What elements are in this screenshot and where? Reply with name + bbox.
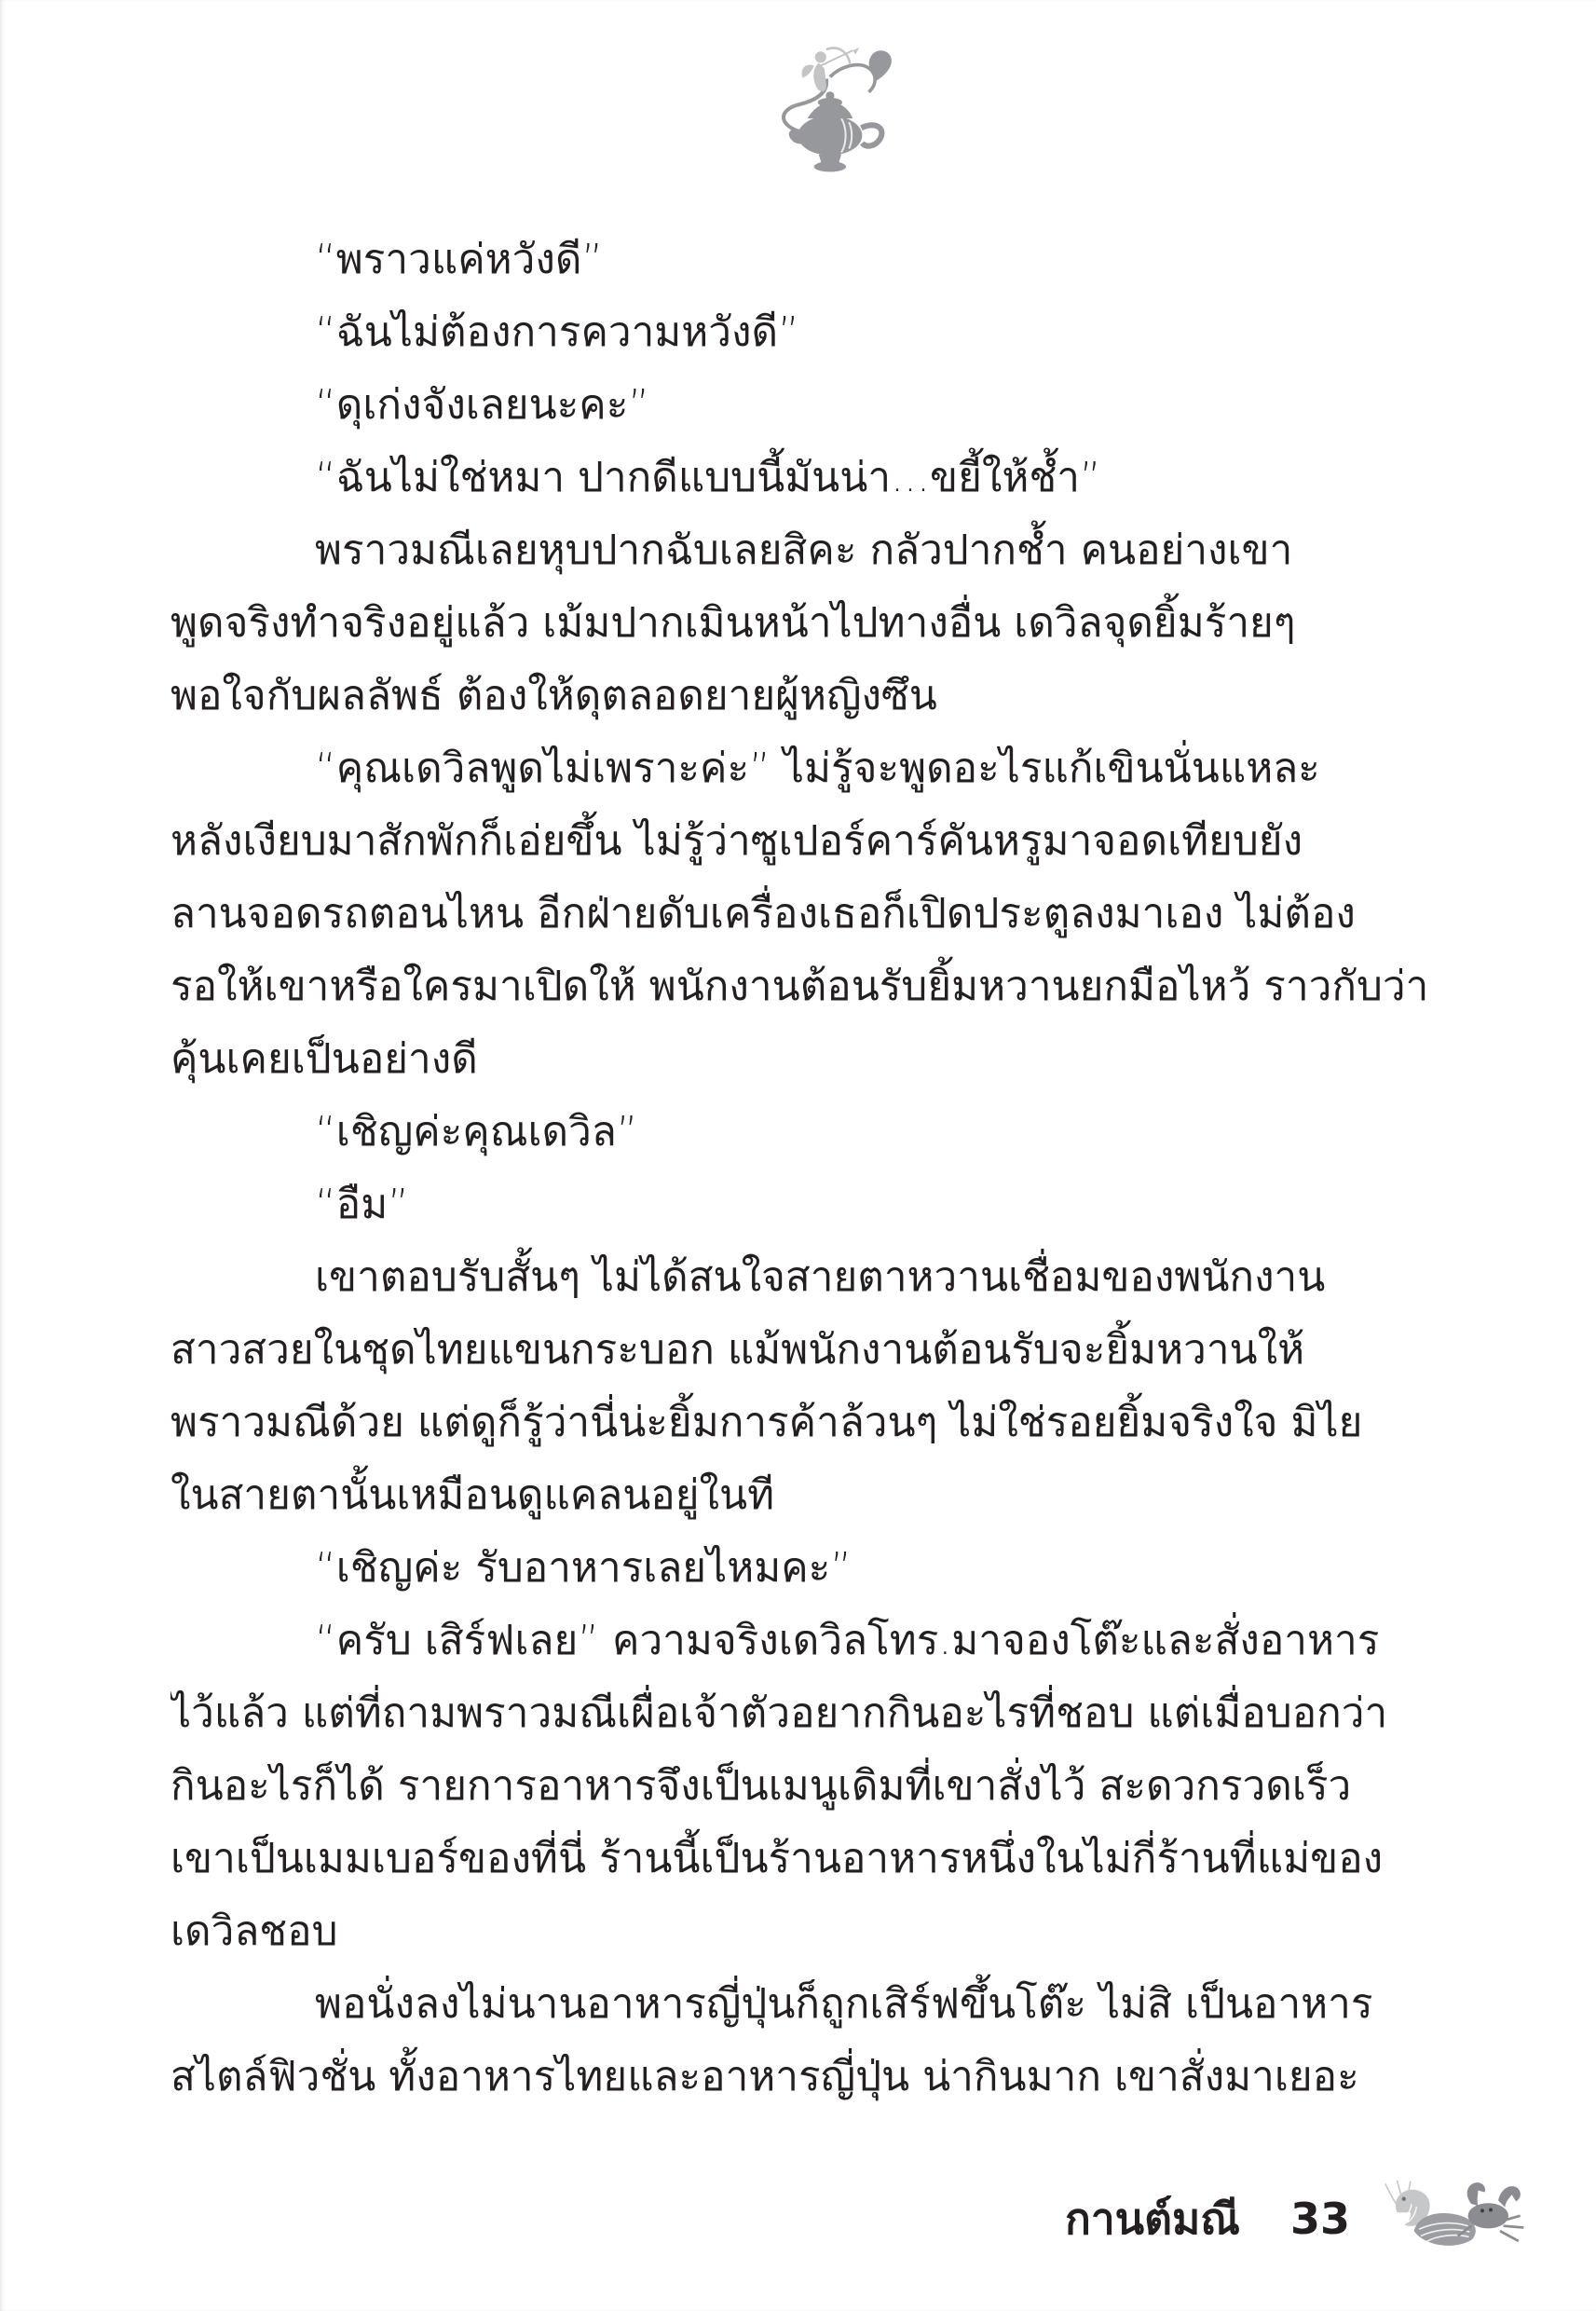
text-line: เขาเป็นเมมเบอร์ของที่นี่ ร้านนี้เป็นร้าน… <box>171 1823 1434 1895</box>
cupid-genie-lamp-icon <box>770 37 906 179</box>
text-line: พอใจกับผลลัพธ์ ต้องให้ดุตลอดยายผู้หญิงซึ… <box>171 660 1434 732</box>
text-line: ไว้แล้ว แต่ที่ถามพราวมณีเผื่อเจ้าตัวอยาก… <box>171 1677 1434 1750</box>
text-line: คุ้นเคยเป็นอย่างดี <box>171 1023 1434 1096</box>
page-footer: กานต์มณี 33 <box>1065 2179 1529 2259</box>
text-line: เขาตอบรับสั้นๆ ไม่ได้สนใจสายตาหวานเชื่อม… <box>171 1241 1434 1314</box>
text-line: “พราวแค่หวังดี” <box>171 224 1434 296</box>
text-line: รอให้เขาหรือใครมาเปิดให้ พนักงานต้อนรับย… <box>171 950 1434 1023</box>
book-title: กานต์มณี <box>1065 2181 1240 2256</box>
text-line: เดวิลชอบ <box>171 1895 1434 1968</box>
text-line: “อืม” <box>171 1169 1434 1241</box>
text-line: พูดจริงทำจริงอยู่แล้ว เม้มปากเมินหน้าไปท… <box>171 587 1434 660</box>
seafood-icon <box>1382 2179 1529 2259</box>
text-line: พราวมณีเลยหุบปากฉับเลยสิคะ กลัวปากช้ำ คน… <box>171 514 1434 587</box>
text-line: “ฉันไม่ต้องการความหวังดี” <box>171 296 1434 369</box>
text-line: “ครับ เสิร์ฟเลย” ความจริงเดวิลโทร.มาจองโ… <box>171 1605 1434 1677</box>
book-page: “พราวแค่หวังดี”“ฉันไม่ต้องการความหวังดี”… <box>0 0 1596 2311</box>
page-number: 33 <box>1290 2181 1350 2256</box>
text-line: “คุณเดวิลพูดไม่เพราะค่ะ” ไม่รู้จะพูดอะไร… <box>171 732 1434 805</box>
text-line: ลานจอดรถตอนไหน อีกฝ่ายดับเครื่องเธอก็เปิ… <box>171 878 1434 950</box>
text-line: หลังเงียบมาสักพักก็เอ่ยขึ้น ไม่รู้ว่าซูเ… <box>171 805 1434 878</box>
text-line: พราวมณีด้วย แต่ดูก็รู้ว่านี่น่ะยิ้มการค้… <box>171 1387 1434 1459</box>
text-line: พอนั่งลงไม่นานอาหารญี่ปุ่นก็ถูกเสิร์ฟขึ้… <box>171 1968 1434 2041</box>
text-line: ในสายตานั้นเหมือนดูแคลนอยู่ในที <box>171 1459 1434 1532</box>
text-line: สาวสวยในชุดไทยแขนกระบอก แม้พนักงานต้อนรั… <box>171 1314 1434 1387</box>
text-line: สไตล์ฟิวชั่น ทั้งอาหารไทยและอาหารญี่ปุ่น… <box>171 2041 1434 2113</box>
body-text: “พราวแค่หวังดี”“ฉันไม่ต้องการความหวังดี”… <box>171 224 1434 2113</box>
text-line: “เชิญค่ะคุณเดวิล” <box>171 1096 1434 1169</box>
text-line: กินอะไรก็ได้ รายการอาหารจึงเป็นเมนูเดิมท… <box>171 1750 1434 1823</box>
text-line: “ดุเก่งจังเลยนะคะ” <box>171 369 1434 442</box>
text-line: “เชิญค่ะ รับอาหารเลยไหมคะ” <box>171 1532 1434 1605</box>
text-line: “ฉันไม่ใช่หมา ปากดีแบบนี้มันน่า...ขยี้ให… <box>171 442 1434 514</box>
